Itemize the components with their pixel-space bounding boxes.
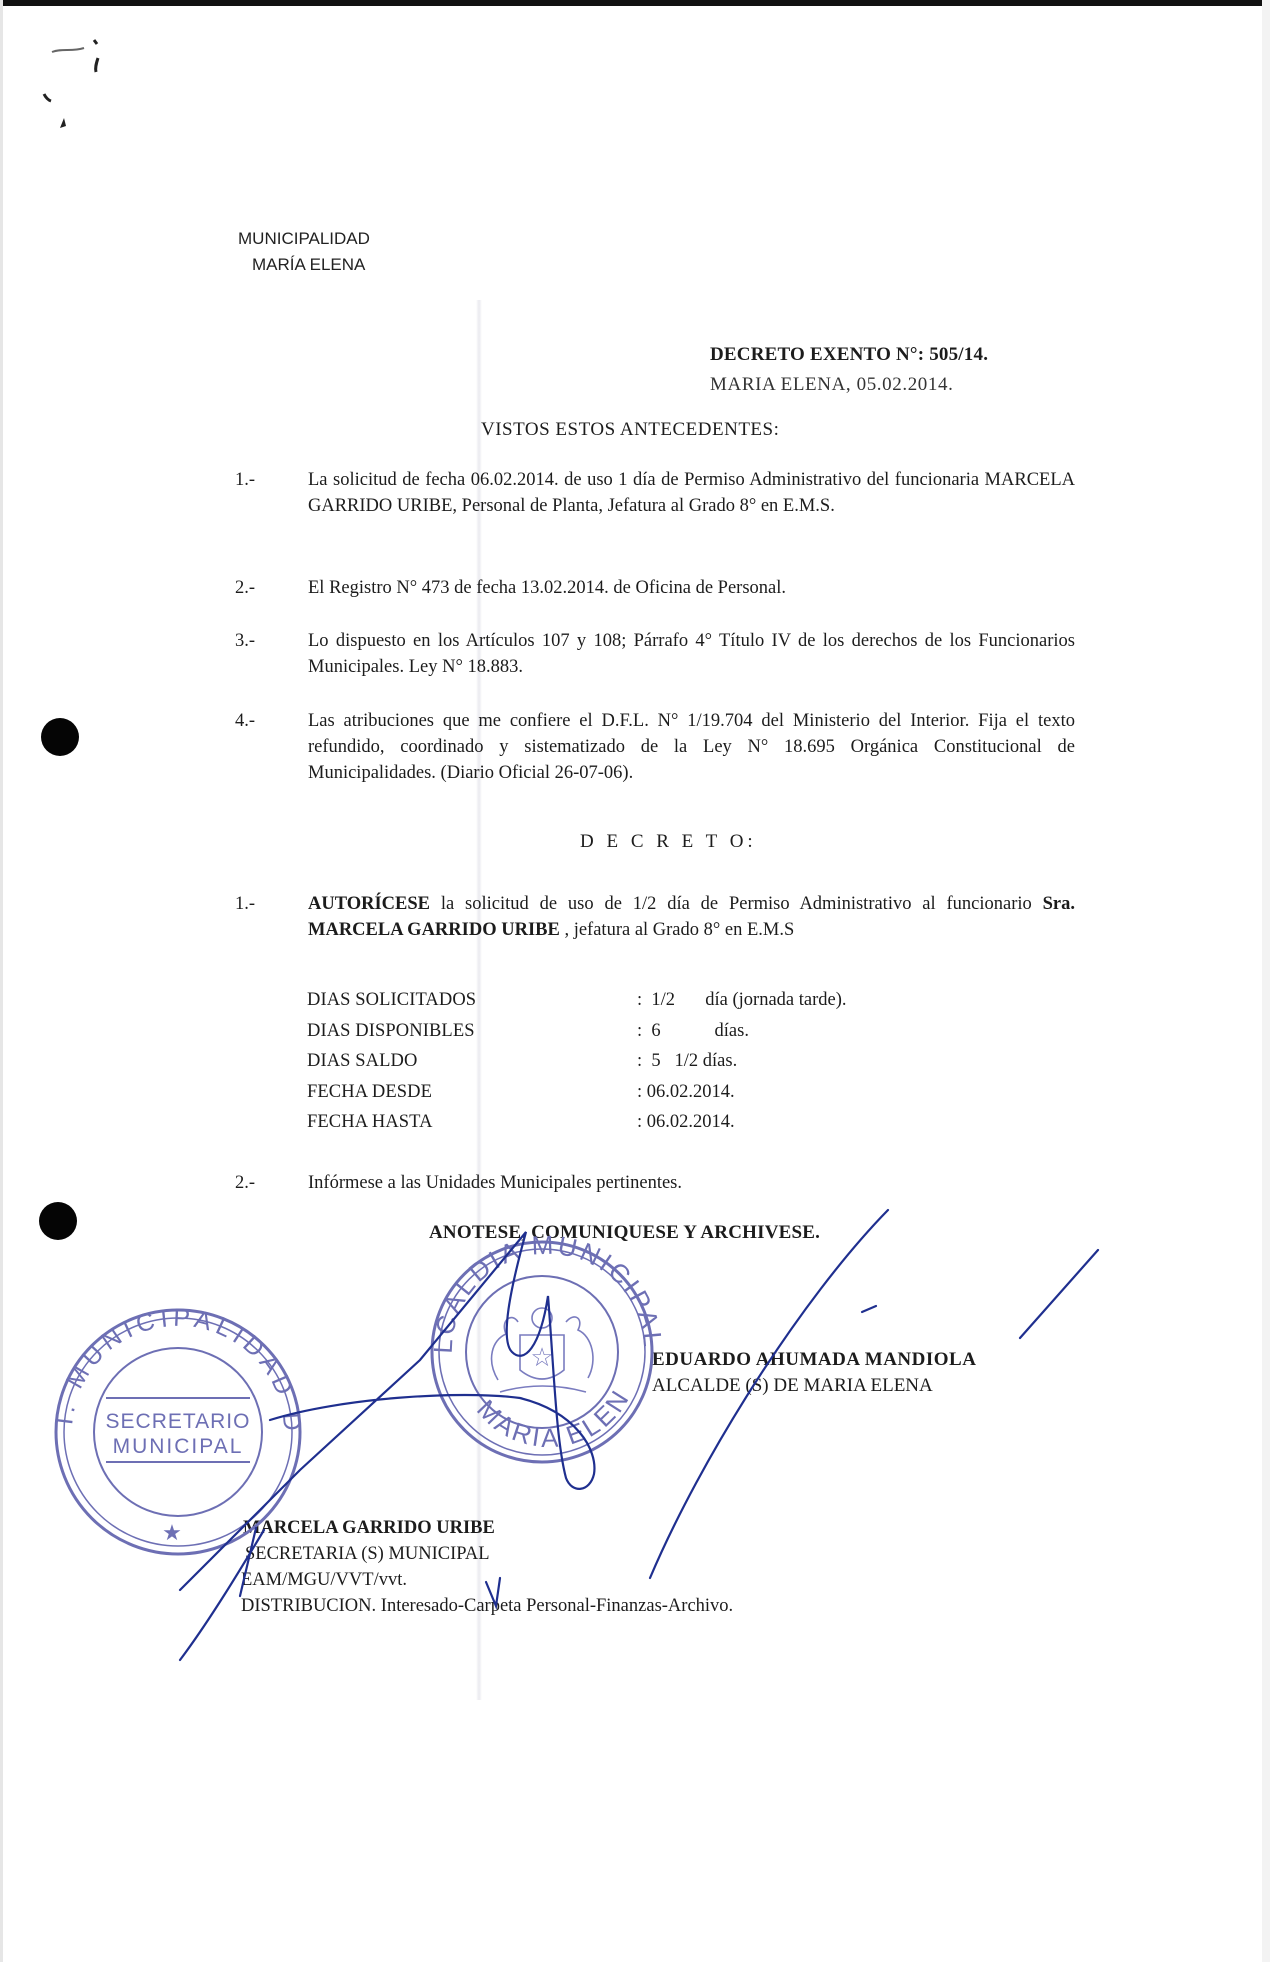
svg-text:SECRETARIO: SECRETARIO [106, 1410, 251, 1433]
svg-text:★: ★ [162, 1520, 182, 1545]
stamps-and-signatures: I. MUNICIPALIDAD DE MARIA ELENA SECRETAR… [0, 0, 1270, 1962]
mayor-stamp-icon: ALCALDIA MUNICIPAL MARIA ELENA ☆ [0, 0, 668, 1462]
svg-text:MUNICIPAL: MUNICIPAL [113, 1435, 244, 1458]
svg-text:I. MUNICIPALIDAD DE MARIA ELEN: I. MUNICIPALIDAD DE MARIA ELENA [0, 0, 306, 1437]
svg-text:☆: ☆ [530, 1343, 553, 1372]
svg-text:ALCALDIA MUNICIPAL: ALCALDIA MUNICIPAL [0, 0, 668, 1354]
secretary-stamp-icon: I. MUNICIPALIDAD DE MARIA ELENA SECRETAR… [0, 0, 306, 1554]
